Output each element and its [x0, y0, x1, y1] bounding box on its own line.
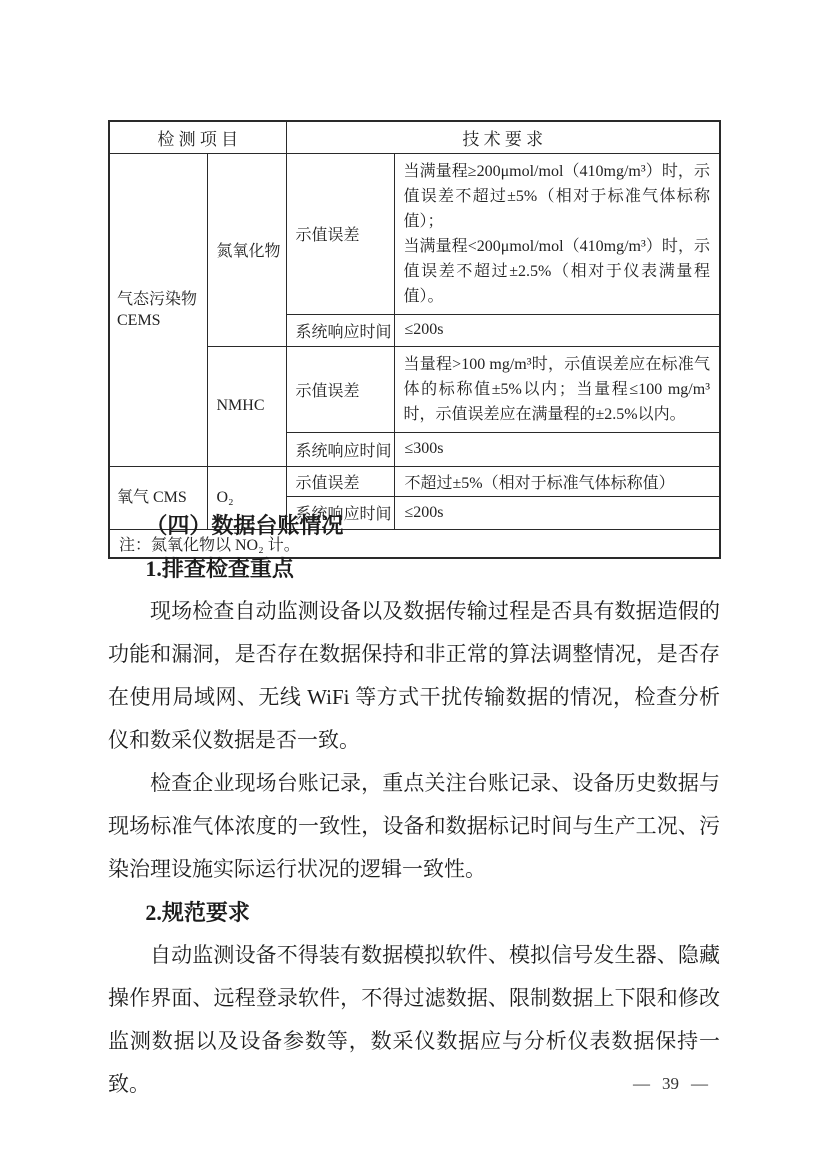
document-page: 检 测 项 目 技 术 要 求 气态污染物 CEMS 氮氧化物 示值误差 当满量…: [0, 0, 826, 1169]
category-line2: CEMS: [117, 310, 207, 331]
cell-nox-error-value: 当满量程≥200μmol/mol（410mg/m³）时，示值误差不超过±5%（相…: [394, 153, 720, 314]
cell-nmhc-response-label: 系统响应时间: [286, 432, 394, 466]
table-header-requirement: 技 术 要 求: [286, 121, 720, 153]
category-line1: 气态污染物: [117, 289, 207, 310]
subsection-heading-1: 1.排查检查重点: [108, 547, 720, 590]
cell-nmhc-response-value: ≤300s: [394, 432, 720, 466]
page-number-dash-left: —: [633, 1074, 650, 1094]
table-header-item: 检 测 项 目: [109, 121, 286, 153]
subsection-heading-2: 2.规范要求: [108, 891, 720, 934]
nox-error-line1: 当满量程≥200μmol/mol（410mg/m³）时，示值误差不超过±5%（相…: [404, 159, 711, 234]
page-number-value: 39: [662, 1074, 679, 1094]
cell-param-nox: 氮氧化物: [207, 153, 286, 346]
table-header-row: 检 测 项 目 技 术 要 求: [109, 121, 720, 153]
spec-table: 检 测 项 目 技 术 要 求 气态污染物 CEMS 氮氧化物 示值误差 当满量…: [108, 120, 721, 559]
cell-nox-error-label: 示值误差: [286, 153, 394, 314]
page-number-dash-right: —: [691, 1074, 708, 1094]
cell-o2-error-value: 不超过±5%（相对于标准气体标称值）: [394, 466, 720, 496]
cell-param-nmhc: NMHC: [207, 346, 286, 466]
paragraph-2: 检查企业现场台账记录，重点关注台账记录、设备历史数据与现场标准气体浓度的一致性，…: [108, 762, 720, 891]
cell-nox-response-value: ≤200s: [394, 314, 720, 346]
cell-nox-response-label: 系统响应时间: [286, 314, 394, 346]
cell-o2-error-label: 示值误差: [286, 466, 394, 496]
cell-nmhc-error-value: 当量程>100 mg/m³时，示值误差应在标准气体的标称值±5%以内；当量程≤1…: [394, 346, 720, 432]
section-heading: （四）数据台账情况: [108, 504, 720, 547]
nox-error-line2: 当满量程<200μmol/mol（410mg/m³）时，示值误差不超过±2.5%…: [404, 234, 711, 309]
cell-category-gas-cems: 气态污染物 CEMS: [109, 153, 207, 466]
paragraph-1: 现场检查自动监测设备以及数据传输过程是否具有数据造假的功能和漏洞，是否存在数据保…: [108, 590, 720, 762]
cell-nmhc-error-label: 示值误差: [286, 346, 394, 432]
table-row: 气态污染物 CEMS 氮氧化物 示值误差 当满量程≥200μmol/mol（41…: [109, 153, 720, 314]
table-row: 氧气 CMS O₂ 示值误差 不超过±5%（相对于标准气体标称值）: [109, 466, 720, 496]
paragraph-3: 自动监测设备不得装有数据模拟软件、模拟信号发生器、隐藏操作界面、远程登录软件，不…: [108, 934, 720, 1106]
page-number: — 39 —: [633, 1074, 708, 1094]
document-body: （四）数据台账情况 1.排查检查重点 现场检查自动监测设备以及数据传输过程是否具…: [108, 504, 720, 1106]
